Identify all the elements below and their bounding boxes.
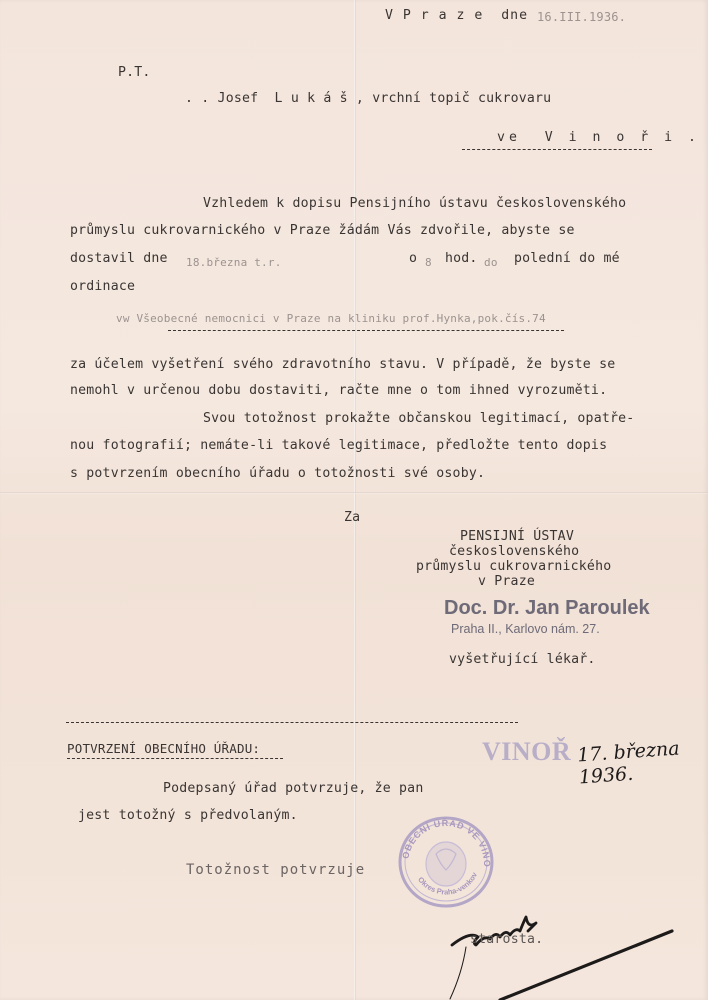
addressee-name-line: . . Josef L u k á š , vrchní topič cukro… [185,91,551,107]
date-filled: 16.III.1936. [537,9,626,25]
institution-line-3: průmyslu cukrovarnického [416,559,611,575]
municipal-office-seal-icon: OBECNÍ ÚŘAD VE VINOŘI Okres Praha-venkov [390,810,502,910]
appointment-hour: 8 [425,255,432,271]
body-p2-line-2: nou fotografií; nemáte-li takové legitim… [70,438,607,454]
mayor-role-label: starosta. [470,932,543,948]
body-p2-line-1: Svou totožnost prokažte občanskou legiti… [203,411,634,427]
za-label: Za [344,510,360,526]
body-line-3-hod: hod. [445,251,478,267]
institution-line-1: PENSIJNÍ ÚSTAV [460,529,574,545]
examining-doctor-role: vyšetřující lékař. [449,652,596,668]
confirmation-heading: POTVRZENÍ OBECNÍHO ÚŘADU: [67,741,260,757]
vinor-stamp: VINOŘ [482,737,571,767]
place-date-prefix: V P r a z e dne [385,8,528,24]
mayor-signature-icon [440,905,710,1000]
location-fill-underline [168,330,564,331]
handwritten-date: 17. března 1936. [577,736,710,789]
doctor-address-stamp: Praha II., Karlovo nám. 27. [451,622,600,636]
vertical-fold-line [354,0,356,1000]
institution-line-4: v Praze [478,574,535,590]
heading-underline [67,758,283,759]
body-line-4: ordinace [70,279,135,295]
institution-line-2: československého [449,544,579,560]
salutation: P.T. [118,65,151,81]
appointment-do: do [484,255,498,271]
appointment-date: 18.března t.r. [186,255,282,271]
addressee-location: ve V i n o ř i . [497,130,700,146]
body-line-3-a: dostavil dne [70,251,168,267]
appointment-location: vw Všeobecné nemocnici v Praze na klinik… [116,311,546,327]
location-underline [462,149,652,150]
identity-confirmed-label: Totožnost potvrzuje [186,862,365,878]
doctor-name-stamp: Doc. Dr. Jan Paroulek [444,597,650,620]
horizontal-fold-line [0,492,708,494]
body-line-1: Vzhledem k dopisu Pensijního ústavu česk… [203,196,626,212]
confirmation-line-1: Podepsaný úřad potvrzuje, že pan [163,781,423,797]
body-line-2: průmyslu cukrovarnického v Praze žádám V… [70,223,575,239]
body-line-3-o: o [409,251,417,267]
body-line-6: nemohl v určenou dobu dostaviti, račte m… [70,383,607,399]
body-line-5: za účelem vyšetření svého zdravotního st… [70,357,615,373]
body-p2-line-3: s potvrzením obecního úřadu o totožnosti… [70,466,485,482]
confirmation-line-2: jest totožný s předvolaným. [78,808,298,824]
section-divider [66,722,518,723]
body-line-3-b: polední do mé [514,251,620,267]
letter-paper: V P r a z e dne 16.III.1936. P.T. . . Jo… [0,0,708,1000]
